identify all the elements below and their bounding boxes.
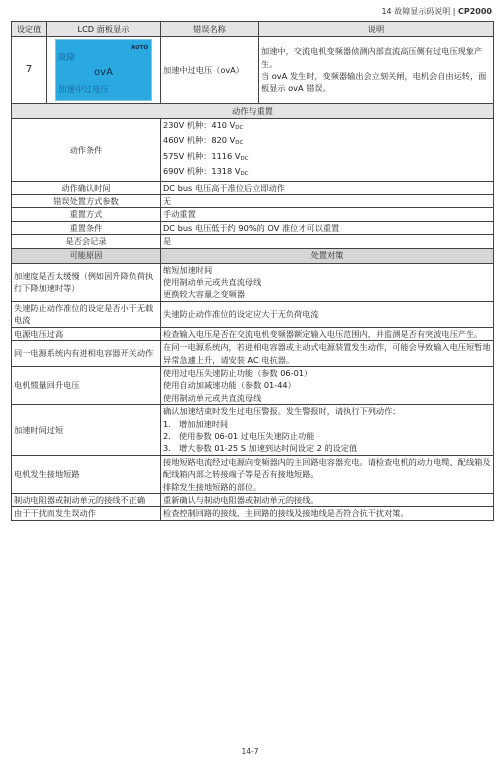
description-line: 当 ovA 发生时，变频器输出会立刻关闸，电机会自由运转，面板显示 ovA 错误… xyxy=(261,70,491,95)
page-number: 14-7 xyxy=(0,747,500,756)
table-row: 重置条件DC bus 电压低于约 90%的 OV 准位才可以重置 xyxy=(12,221,494,234)
fault-table: 设定值 LCD 面板显示 错误名称 说明 7 AUTO 故障 ovA 加速中过电… xyxy=(11,21,494,521)
lcd-line3: 加速中过电压 xyxy=(58,84,109,96)
cause: 制动电阻器或制动单元的接线不正确 xyxy=(12,493,161,506)
col-lcd: LCD 面板显示 xyxy=(47,22,161,37)
col-error-name: 错误名称 xyxy=(161,22,259,37)
row-value: 230V 机种：410 VDC 460V 机种：820 VDC 575V 机种：… xyxy=(161,119,494,182)
cause: 由于干扰而发生误动作 xyxy=(12,507,161,520)
setting-value: 7 xyxy=(12,37,47,104)
table-row: 制动电阻器或制动单元的接线不正确 重新确认与制动电阻器或制动单元的接线。 xyxy=(12,493,494,506)
action-line: 使用制动单元或共直流母线 xyxy=(163,276,491,288)
countermeasure: 使用过电压失速防止功能（参数 06-01） 使用自动加减速功能（参数 01-44… xyxy=(161,366,494,404)
action-line: 2. 使用参数 06-01 过电压失速防止功能 xyxy=(163,430,491,442)
countermeasure: 重新确认与制动电阻器或制动单元的接线。 xyxy=(161,493,494,506)
table-row: 电源电压过高 检查输入电压是否在交流电机变频器额定输入电压范围内，并监测是否有突… xyxy=(12,327,494,340)
lcd-line1: 故障 xyxy=(58,52,75,64)
countermeasure: 缩短加速时间 使用制动单元或共直流母线 更换较大容量之变频器 xyxy=(161,263,494,301)
subscript: DC xyxy=(240,171,248,177)
action-line: 使用自动加减速功能（参数 01-44） xyxy=(163,379,491,391)
row-value: 手动重置 xyxy=(161,208,494,221)
table-row: 重置方式手动重置 xyxy=(12,208,494,221)
error-name: 加速中过电压（ovA） xyxy=(161,37,259,104)
row-label: 重置方式 xyxy=(12,208,161,221)
action-line: 1. 增加加速时间 xyxy=(163,418,491,430)
countermeasure: 接地短路电流经过电源向变频器内的主回路电容器充电。请检查电机的动力电缆、配线箱及… xyxy=(161,455,494,493)
table-row: 错误处置方式参数无 xyxy=(12,195,494,208)
table-row: 电机惯量回升电压 使用过电压失速防止功能（参数 06-01） 使用自动加减速功能… xyxy=(12,366,494,404)
row-label: 是否会记录 xyxy=(12,235,161,248)
condition-575v: 575V 机种：1116 V xyxy=(163,151,240,161)
cause: 同一电源系统内有进相电容器开关动作 xyxy=(12,341,161,367)
cause: 电机发生接地短路 xyxy=(12,455,161,493)
lcd-code: ovA xyxy=(56,67,151,79)
action-line: 接地短路电流经过电源向变频器内的主回路电容器充电。请检查电机的动力电缆、配线箱及… xyxy=(163,456,491,481)
subscript: DC xyxy=(235,140,243,146)
table-header-row: 设定值 LCD 面板显示 错误名称 说明 xyxy=(12,22,494,37)
description: 加速中，交流电机变频器侦测内部直流高压侧有过电压现象产生。 当 ovA 发生时，… xyxy=(259,37,494,104)
row-label: 动作条件 xyxy=(12,119,161,182)
action-line: 使用制动单元或共直流母线 xyxy=(163,392,491,404)
product-name: CP2000 xyxy=(458,7,492,16)
countermeasure: 失速防止动作准位的设定应大于无负荷电流 xyxy=(161,301,494,327)
table-row: 同一电源系统内有进相电容器开关动作 在同一电源系统内，若进相电容器或主动式电源装… xyxy=(12,341,494,367)
action-line: 缩短加速时间 xyxy=(163,264,491,276)
row-label: 错误处置方式参数 xyxy=(12,195,161,208)
condition-690v: 690V 机种：1318 V xyxy=(163,166,240,176)
section-action-reset: 动作与重置 xyxy=(12,104,494,119)
countermeasure: 在同一电源系统内，若进相电容器或主动式电源装置发生动作，可能会导致输入电压短暂地… xyxy=(161,341,494,367)
header-separator: | xyxy=(453,7,456,16)
cause: 电源电压过高 xyxy=(12,327,161,340)
lcd-cell: AUTO 故障 ovA 加速中过电压 xyxy=(47,37,161,104)
page-header: 14 故障显示码说明 | CP2000 xyxy=(381,6,492,17)
row-value: DC bus 电压低于约 90%的 OV 准位才可以重置 xyxy=(161,221,494,234)
countermeasure: 检查输入电压是否在交流电机变频器额定输入电压范围内，并监测是否有突波电压产生。 xyxy=(161,327,494,340)
countermeasure: 检查控制回路的接线、主回路的接线及接地线是否符合抗干扰对策。 xyxy=(161,507,494,520)
col-setting: 设定值 xyxy=(12,22,47,37)
cause: 电机惯量回升电压 xyxy=(12,366,161,404)
row-label: 动作确认时间 xyxy=(12,181,161,194)
subscript: DC xyxy=(240,156,248,162)
col-description: 说明 xyxy=(259,22,494,37)
lcd-mode: AUTO xyxy=(131,42,148,54)
action-line: 排除发生接地短路的部位。 xyxy=(163,481,491,493)
cause: 加速度是否太缓慢（例如因升降负荷执行下降加速时等） xyxy=(12,263,161,301)
table-row: 电机发生接地短路 接地短路电流经过电源向变频器内的主回路电容器充电。请检查电机的… xyxy=(12,455,494,493)
table-row: 动作确认时间DC bus 电压高于准位后立即动作 xyxy=(12,181,494,194)
action-line: 使用过电压失速防止功能（参数 06-01） xyxy=(163,367,491,379)
causes-header-row: 可能原因 处置对策 xyxy=(12,248,494,263)
table-row: 失速防止动作准位的设定是否小于无载电流 失速防止动作准位的设定应大于无负荷电流 xyxy=(12,301,494,327)
action-line: 更换较大容量之变频器 xyxy=(163,288,491,300)
condition-460v: 460V 机种：820 V xyxy=(163,135,235,145)
row-value: 无 xyxy=(161,195,494,208)
table-row: 加速度是否太缓慢（例如因升降负荷执行下降加速时等） 缩短加速时间 使用制动单元或… xyxy=(12,263,494,301)
countermeasure: 确认加速结束时发生过电压警报。发生警报时，请执行下列动作： 1. 增加加速时间 … xyxy=(161,405,494,456)
table-row: 动作条件 230V 机种：410 VDC 460V 机种：820 VDC 575… xyxy=(12,119,494,182)
action-line: 3. 增大参数 01-25 S 加速到达时间设定 2 的设定值 xyxy=(163,442,491,454)
row-value: 是 xyxy=(161,235,494,248)
action-line: 确认加速结束时发生过电压警报。发生警报时，请执行下列动作： xyxy=(163,405,491,417)
row-value: DC bus 电压高于准位后立即动作 xyxy=(161,181,494,194)
lcd-display: AUTO 故障 ovA 加速中过电压 xyxy=(55,39,152,101)
col-countermeasure: 处置对策 xyxy=(161,248,494,263)
table-row: 是否会记录是 xyxy=(12,235,494,248)
subscript: DC xyxy=(235,125,243,131)
row-label: 重置条件 xyxy=(12,221,161,234)
cause: 失速防止动作准位的设定是否小于无载电流 xyxy=(12,301,161,327)
chapter-title: 14 故障显示码说明 xyxy=(381,7,450,16)
description-line: 加速中，交流电机变频器侦测内部直流高压侧有过电压现象产生。 xyxy=(261,45,491,70)
table-row: 加速时间过短 确认加速结束时发生过电压警报。发生警报时，请执行下列动作： 1. … xyxy=(12,405,494,456)
table-row: 由于干扰而发生误动作 检查控制回路的接线、主回路的接线及接地线是否符合抗干扰对策… xyxy=(12,507,494,520)
cause: 加速时间过短 xyxy=(12,405,161,456)
condition-230v: 230V 机种：410 V xyxy=(163,120,235,130)
col-cause: 可能原因 xyxy=(12,248,161,263)
table-row: 7 AUTO 故障 ovA 加速中过电压 加速中过电压（ovA） 加速中，交流电… xyxy=(12,37,494,104)
